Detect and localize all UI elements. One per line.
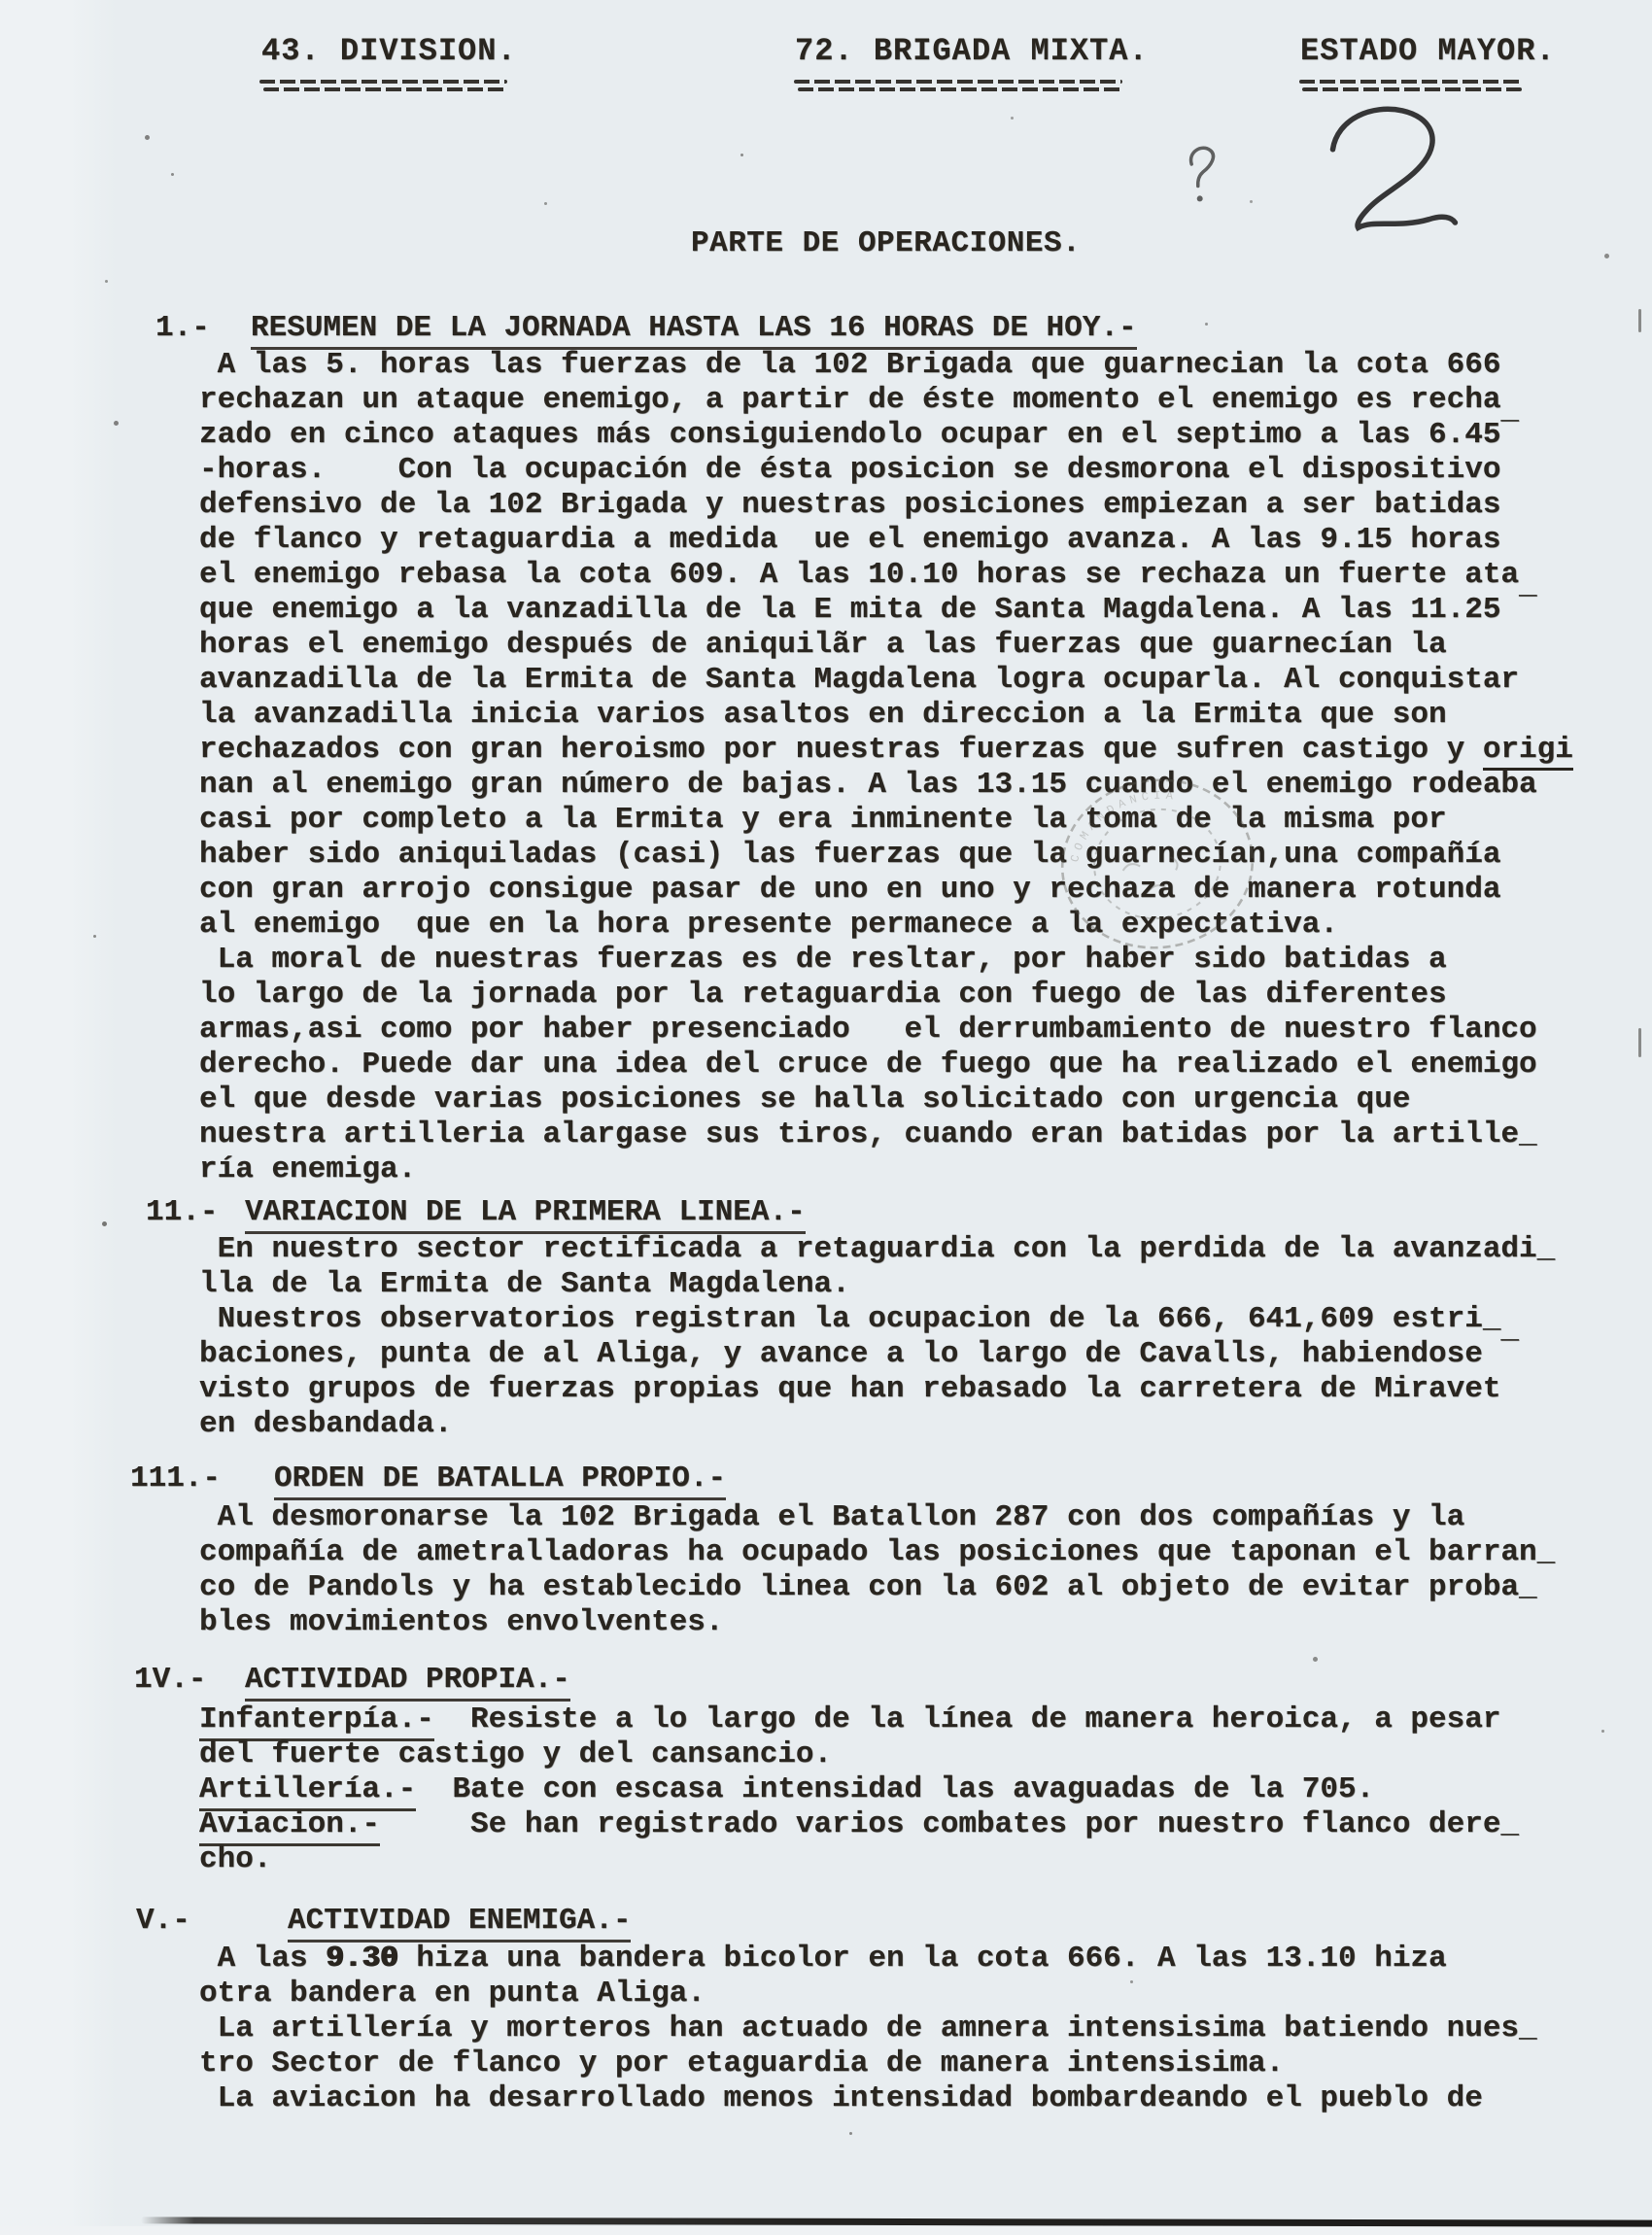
text-line: Al desmoronarse la 102 Brigada el Batall… [199,1500,1652,1535]
text-line: baciones, punta de al Aliga, y avance a … [199,1337,1652,1372]
section-number: 1V.- [134,1663,206,1697]
text-line: bles movimientos envolventes. [199,1605,1652,1640]
scanned-document-page: 43. DIVISION. 72. BRIGADA MIXTA. ESTADO … [0,0,1652,2235]
text-line: nuestra artilleria alargase sus tiros, c… [199,1117,1652,1152]
overstruck-time: 9.30 [326,1942,397,1976]
scan-edge-mark [1638,1028,1641,1057]
text-segment: A las [199,1942,326,1976]
text-line: del fuerte castigo y del cansancio. [199,1737,1652,1772]
text-line: el enemigo rebasa la cota 609. A las 10.… [199,558,1652,593]
text-line: Nuestros observatorios registran la ocup… [199,1302,1652,1337]
text-line: La moral de nuestras fuerzas es de reslt… [199,943,1652,978]
text-line: visto grupos de fuerzas propias que han … [199,1372,1652,1407]
section-number: 111.- [130,1461,221,1496]
section-body: A las 9.30 hiza una bandera bicolor en l… [199,1942,1652,2116]
document-title: PARTE DE OPERACIONES. [691,226,1081,260]
header-brigade-underline [798,87,1122,91]
arm-label-artillery: Artillería.- [199,1772,416,1811]
text-line: otra bandera en punta Aliga. [199,1977,1652,2011]
section-heading: RESUMEN DE LA JORNADA HASTA LAS 16 HORAS… [251,311,1137,350]
text-line: A las 9.30 hiza una bandera bicolor en l… [199,1942,1652,1977]
section-heading: VARIACION DE LA PRIMERA LINEA.- [245,1195,806,1234]
text-line: la avanzadilla inicia varios asaltos en … [199,698,1652,733]
text-line: de flanco y retaguardia a medida ue el e… [199,523,1652,558]
pen-mark [1182,141,1229,210]
text-line: La artillería y morteros han actuado de … [199,2011,1652,2046]
header-staff-underline [1302,87,1522,91]
text-segment: Bate con escasa intensidad las avaguadas… [416,1772,1374,1806]
arm-label-aviation: Aviacion.- [199,1807,380,1846]
section-body: En nuestro sector rectificada a retaguar… [199,1232,1652,1442]
text-line: con gran arrojo consigue pasar de uno en… [199,873,1652,908]
text-line: -horas. Con la ocupación de ésta posicio… [199,453,1652,488]
scan-speckles [0,0,3,3]
text-line: La aviacion ha desarrollado menos intens… [199,2081,1652,2116]
text-line: armas,asi como por haber presenciado el … [199,1013,1652,1048]
svg-text:COMANDANCIA: COMANDANCIA [1060,785,1187,865]
text-line: rechazados con gran heroismo por nuestra… [199,733,1652,768]
section-body: Al desmoronarse la 102 Brigada el Batall… [199,1500,1652,1640]
text-line: defensivo de la 102 Brigada y nuestras p… [199,488,1652,523]
text-line: derecho. Puede dar una idea del cruce de… [199,1048,1652,1083]
header-brigade-underline [794,80,1122,84]
scanner-bed-strip [0,2226,1652,2235]
arm-label-infantry: Infanterpía.- [199,1702,434,1741]
handwritten-page-number [1308,93,1495,244]
text-line: ría enemiga. [199,1152,1652,1187]
text-line: compañía de ametralladoras ha ocupado la… [199,1535,1652,1570]
text-line: Artillería.- Bate con escasa intensidad … [199,1772,1652,1807]
section-heading: ACTIVIDAD PROPIA.- [245,1663,570,1702]
text-line: cho. [199,1842,1652,1877]
text-line: A las 5. horas las fuerzas de la 102 Bri… [199,348,1652,383]
header-division-underline [263,87,508,91]
text-line: Infanterpía.- Resiste a lo largo de la l… [199,1702,1652,1737]
underlined-word: origi [1483,733,1573,771]
text-line: en desbandada. [199,1407,1652,1442]
text-line: haber sido aniquiladas (casi) las fuerza… [199,838,1652,873]
section-number: V.- [136,1904,190,1938]
text-line: lo largo de la jornada por la retaguardi… [199,978,1652,1013]
header-staff: ESTADO MAYOR. [1300,33,1556,69]
header-brigade: 72. BRIGADA MIXTA. [795,33,1149,69]
text-segment: Se han registrado varios combates por nu… [380,1807,1519,1841]
text-line: nan al enemigo gran número de bajas. A l… [199,768,1652,803]
text-line: casi por completo a la Ermita y era inmi… [199,803,1652,838]
text-line: zado en cinco ataques más consiguiendolo… [199,418,1652,453]
text-line: que enemigo a la vanzadilla de la E mita… [199,593,1652,628]
header-division: 43. DIVISION. [261,33,517,69]
text-line: horas el enemigo después de aniquilãr a … [199,628,1652,663]
header-staff-underline [1299,80,1521,84]
text-segment: rechazados con gran heroismo por nuestra… [199,733,1483,767]
section-heading: ACTIVIDAD ENEMIGA.- [288,1904,631,1943]
text-line: lla de la Ermita de Santa Magdalena. [199,1267,1652,1302]
text-line: el que desde varias posiciones se halla … [199,1083,1652,1117]
text-line: rechazan un ataque enemigo, a partir de … [199,383,1652,418]
text-line: avanzadilla de la Ermita de Santa Magdal… [199,663,1652,698]
text-line: co de Pandols y ha establecido linea con… [199,1570,1652,1605]
section-body: A las 5. horas las fuerzas de la 102 Bri… [199,348,1652,1187]
text-line: Aviacion.- Se han registrado varios comb… [199,1807,1652,1842]
text-segment: Resiste a lo largo de la línea de manera… [434,1702,1501,1736]
ink-stamp: COMANDANCIA [1043,760,1272,968]
section-number: 1.- [155,311,210,345]
text-line: En nuestro sector rectificada a retaguar… [199,1232,1652,1267]
section-heading: ORDEN DE BATALLA PROPIO.- [274,1461,726,1500]
header-division-underline [259,80,507,84]
text-line: tro Sector de flanco y por etaguardia de… [199,2046,1652,2081]
section-number: 11.- [146,1195,218,1229]
text-segment: hiza una bandera bicolor en la cota 666.… [398,1942,1447,1976]
scan-edge-mark [1638,309,1641,332]
section-body: Infanterpía.- Resiste a lo largo de la l… [199,1702,1652,1877]
text-line: al enemigo que en la hora presente perma… [199,908,1652,943]
